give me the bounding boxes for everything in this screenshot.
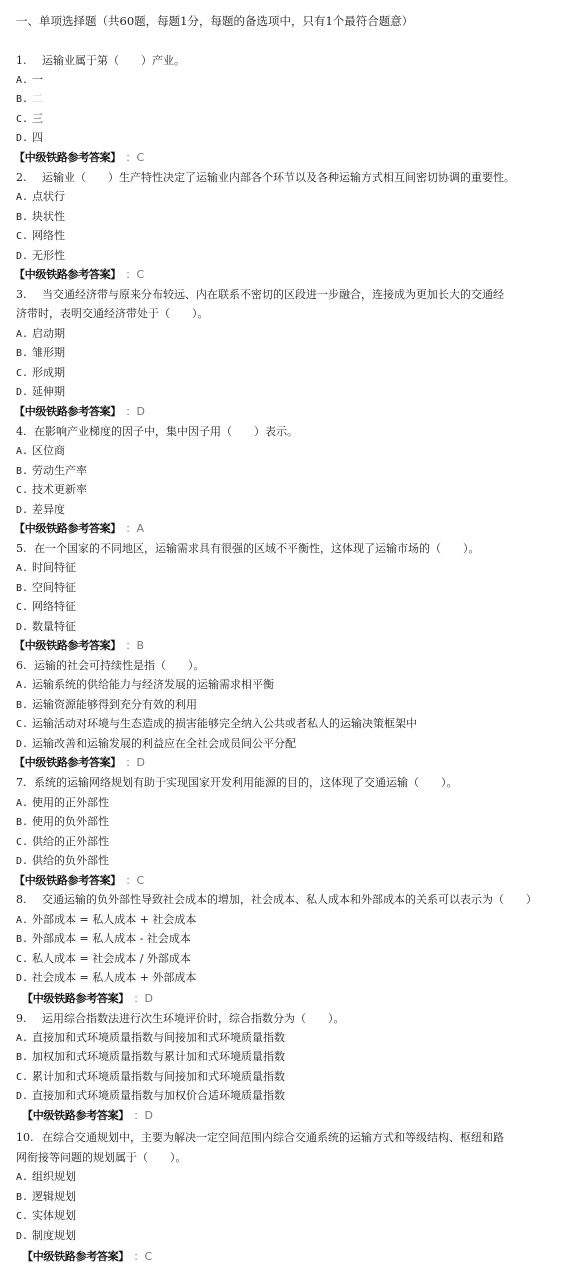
- option-b: B.劳动生产率: [16, 463, 87, 480]
- option-c: C.网络性: [16, 228, 65, 245]
- question-stem-continued: 网衔接等问题的规划属于（ ）。: [16, 1150, 187, 1166]
- option-c: C.供给的正外部性: [16, 834, 109, 851]
- option-d: D.直接加和式环境质量指数与加权价合适环境质量指数: [16, 1088, 285, 1105]
- option-a: A.时间特征: [16, 560, 76, 577]
- option-d: D.延伸期: [16, 384, 65, 401]
- option-a: A.运输系统的供给能力与经济发展的运输需求相平衡: [16, 677, 274, 694]
- option-a: A.使用的正外部性: [16, 795, 109, 812]
- option-c: C.形成期: [16, 365, 65, 382]
- option-a: A.启动期: [16, 326, 65, 343]
- answer-line: 【中级铁路参考答案】：D: [22, 991, 153, 1007]
- option-b: B.使用的负外部性: [16, 814, 109, 831]
- question-stem-continued: 济带时，表明交通经济带处于（ ）。: [16, 306, 209, 322]
- option-b: B.空间特征: [16, 580, 76, 597]
- answer-line: 【中级铁路参考答案】：D: [14, 404, 145, 420]
- answer-line: 【中级铁路参考答案】：C: [22, 1249, 152, 1265]
- option-c: C.累计加和式环境质量指数与间接加和式环境质量指数: [16, 1069, 285, 1086]
- answer-line: 【中级铁路参考答案】：D: [22, 1108, 153, 1124]
- option-a: A.组织规划: [16, 1169, 76, 1186]
- option-d: D.运输改善和运输发展的利益应在全社会成员间公平分配: [16, 736, 296, 753]
- option-c: C.私人成本 = 社会成本 / 外部成本: [16, 951, 191, 968]
- question-stem: 5.在一个国家的不同地区，运输需求具有很强的区域不平衡性，这体现了运输市场的（ …: [16, 541, 480, 557]
- option-a: A.直接加和式环境质量指数与间接加和式环境质量指数: [16, 1030, 285, 1047]
- option-a: A.点状行: [16, 189, 65, 206]
- answer-line: 【中级铁路参考答案】：D: [14, 755, 145, 771]
- option-d: D.差异度: [16, 502, 65, 519]
- question-stem: 1.运输业属于第（ ）产业。: [16, 53, 185, 69]
- option-d: D.四: [16, 130, 43, 147]
- question-stem: 2.运输业（ ）生产特性决定了运输业内部各个环节以及各种运输方式相互间密切协调的…: [16, 170, 515, 186]
- option-a: A.一: [16, 72, 43, 89]
- question-number: 2.: [16, 170, 42, 186]
- option-b: B.雏形期: [16, 345, 65, 362]
- question-number: 4.: [16, 424, 34, 440]
- answer-line: 【中级铁路参考答案】：B: [14, 638, 144, 654]
- question-stem: 9.运用综合指数法进行次生环境评价时，综合指数分为（ ）。: [16, 1011, 345, 1027]
- option-b: B.外部成本 = 私人成本 - 社会成本: [16, 931, 191, 948]
- option-a: A.外部成本 = 私人成本 + 社会成本: [16, 912, 196, 929]
- question-number: 5.: [16, 541, 34, 557]
- question-number: 6.: [16, 658, 34, 674]
- answer-line: 【中级铁路参考答案】：C: [14, 150, 144, 166]
- answer-line: 【中级铁路参考答案】：C: [14, 267, 144, 283]
- question-number: 10.: [16, 1130, 42, 1146]
- answer-line: 【中级铁路参考答案】：A: [14, 521, 144, 537]
- question-number: 3.: [16, 287, 42, 303]
- option-b: B.二: [16, 91, 43, 108]
- option-c: C.技术更新率: [16, 482, 87, 499]
- section-heading: 一、单项选择题（共60题，每题1分，每题的备选项中，只有1个最符合题意）: [16, 13, 413, 29]
- option-b: B.加权加和式环境质量指数与累计加和式环境质量指数: [16, 1049, 285, 1066]
- question-stem: 10.在综合交通规划中，主要为解决一定空间范围内综合交通系统的运输方式和等级结构…: [16, 1130, 504, 1146]
- option-b: B.运输资源能够得到充分有效的利用: [16, 697, 197, 714]
- question-stem: 8.交通运输的负外部性导致社会成本的增加，社会成本、私人成本和外部成本的关系可以…: [16, 892, 537, 908]
- question-stem: 4.在影响产业梯度的因子中，集中因子用（ ）表示。: [16, 424, 298, 440]
- question-stem: 6.运输的社会可持续性是指（ ）。: [16, 658, 205, 674]
- option-d: D.无形性: [16, 248, 65, 265]
- option-c: C.运输活动对环境与生态造成的损害能够完全纳入公共或者私人的运输决策框架中: [16, 716, 417, 733]
- option-c: C.三: [16, 111, 43, 128]
- option-c: C.实体规划: [16, 1208, 76, 1225]
- question-number: 1.: [16, 53, 42, 69]
- question-number: 9.: [16, 1011, 42, 1027]
- option-d: D.数量特征: [16, 619, 76, 636]
- option-a: A.区位商: [16, 443, 65, 460]
- option-c: C.网络特征: [16, 599, 76, 616]
- question-stem: 3.当交通经济带与原来分布较远、内在联系不密切的区段进一步融合，连接成为更加长大…: [16, 287, 504, 303]
- option-d: D.社会成本 = 私人成本 + 外部成本: [16, 970, 196, 987]
- question-number: 7.: [16, 775, 34, 791]
- option-d: D.制度规划: [16, 1228, 76, 1245]
- option-b: B.块状性: [16, 209, 65, 226]
- question-number: 8.: [16, 892, 42, 908]
- answer-line: 【中级铁路参考答案】：C: [14, 873, 144, 889]
- question-stem: 7.系统的运输网络规划有助于实现国家开发利用能源的目的，这体现了交通运输（ ）。: [16, 775, 458, 791]
- option-b: B.逻辑规划: [16, 1189, 76, 1206]
- option-d: D.供给的负外部性: [16, 853, 109, 870]
